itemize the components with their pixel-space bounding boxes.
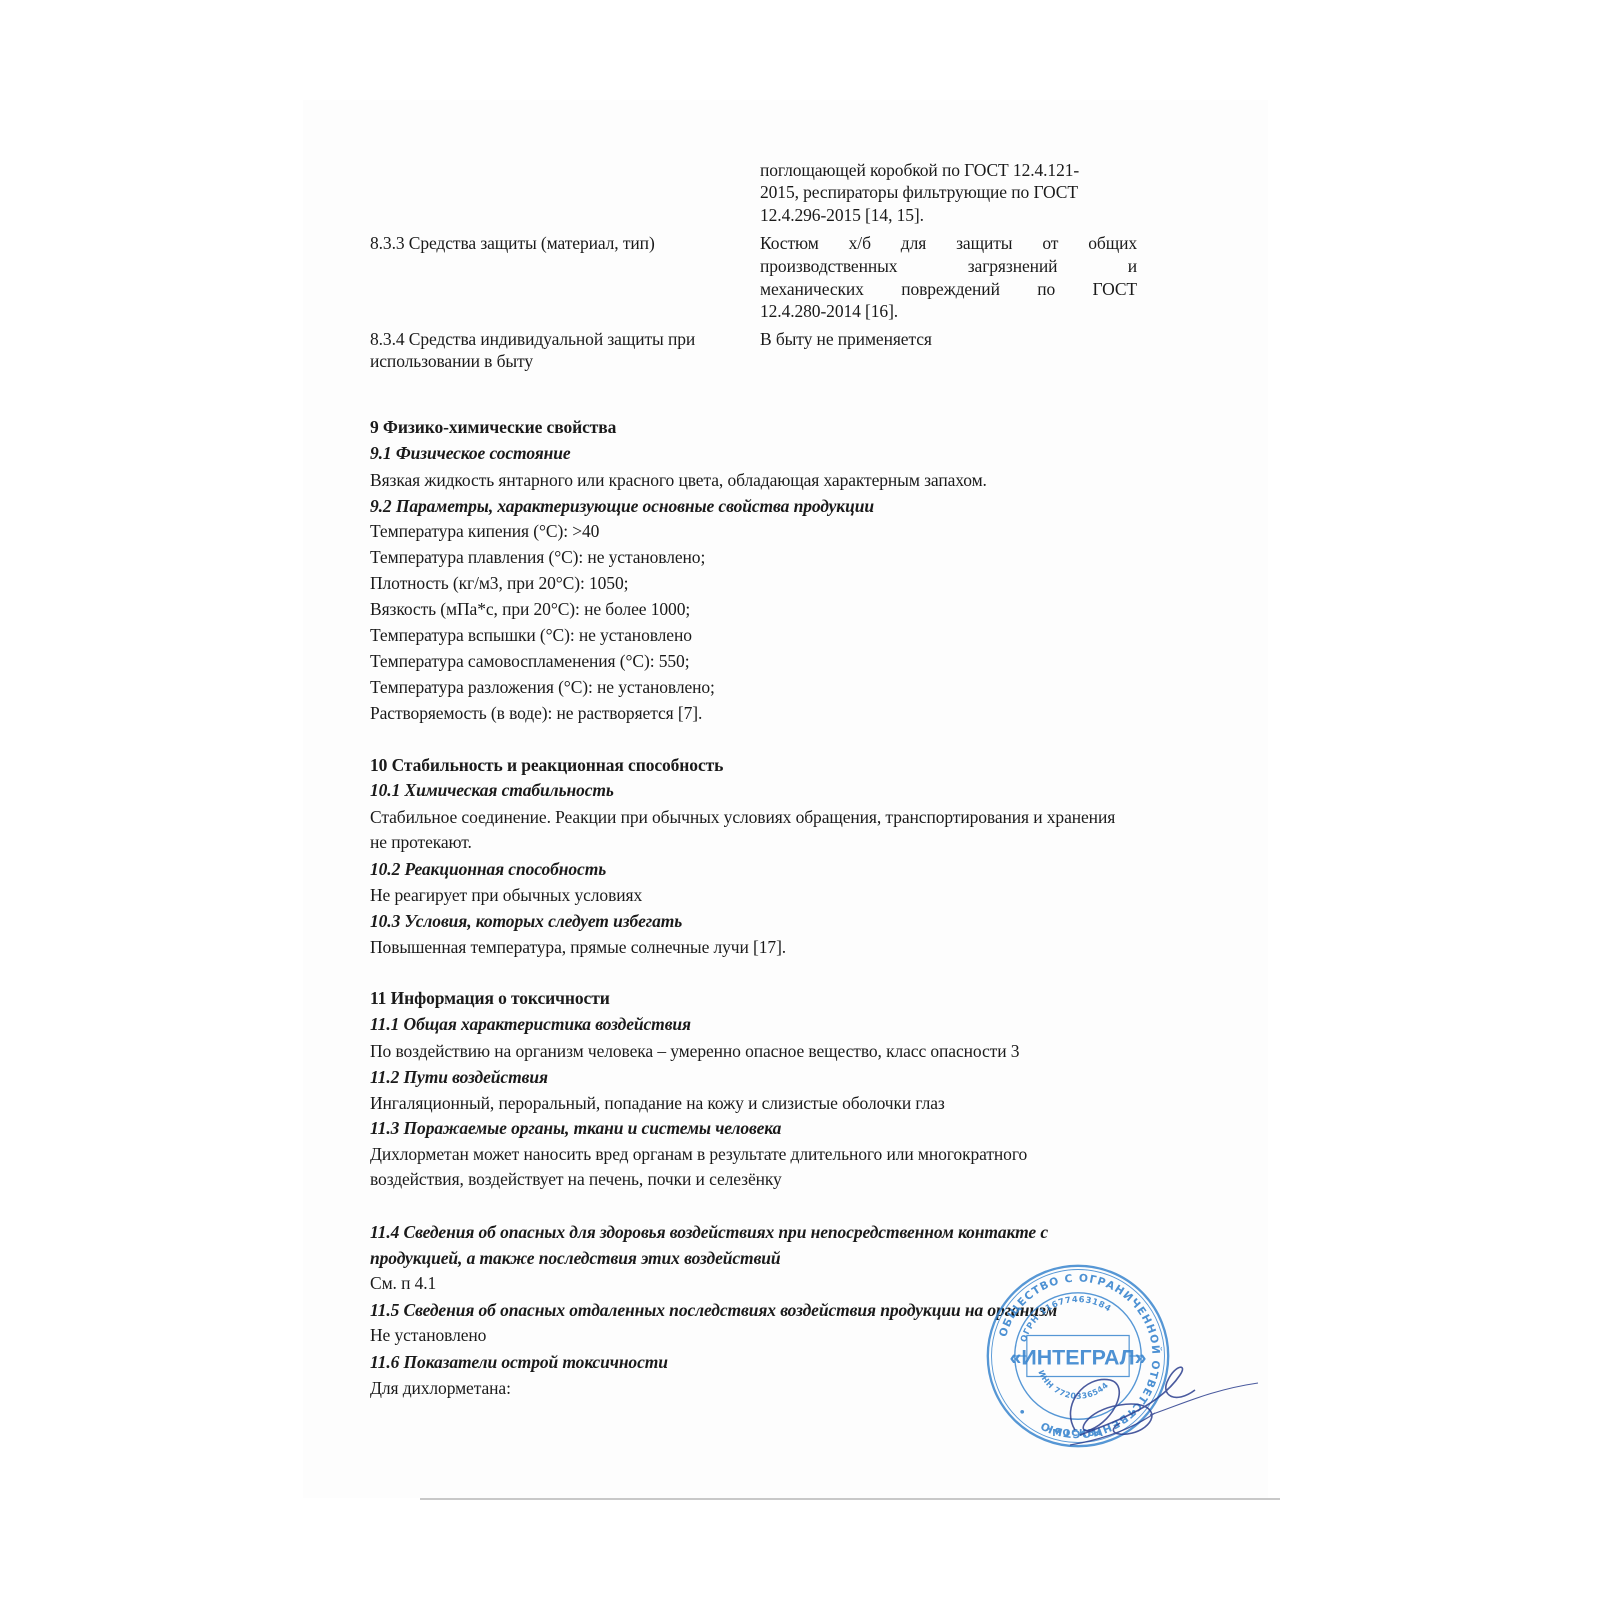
- param-line: Температура вспышки (°С): не установлено: [370, 624, 692, 646]
- word: Костюм: [760, 232, 819, 254]
- page-bottom-edge: [420, 1498, 1280, 1500]
- subsection-10-1-heading: 10.1 Химическая стабильность: [370, 779, 614, 801]
- param-line: Температура разложения (°С): не установл…: [370, 676, 715, 698]
- param-line: Температура плавления (°С): не установле…: [370, 546, 705, 568]
- subsection-11-4-text: См. п 4.1: [370, 1272, 436, 1294]
- signature: [1030, 1335, 1260, 1455]
- word: по: [1037, 278, 1055, 300]
- word: для: [901, 232, 926, 254]
- subsection-10-3-heading: 10.3 Условия, которых следует избегать: [370, 910, 682, 932]
- subsection-11-1-text: По воздействию на организм человека – ум…: [370, 1040, 1019, 1062]
- subsection-11-1-heading: 11.1 Общая характеристика воздействия: [370, 1013, 691, 1035]
- subsection-10-1-text: Стабильное соединение. Реакции при обычн…: [370, 806, 1115, 828]
- subsection-11-3-text: воздействия, воздействует на печень, поч…: [370, 1168, 782, 1190]
- row-8-3-3-value-line: 12.4.280-2014 [16].: [760, 300, 1137, 322]
- row-8-3-4-label: использовании в быту: [370, 350, 533, 372]
- row-8-3-3-value-line: механических повреждений по ГОСТ: [760, 278, 1137, 300]
- subsection-9-2-heading: 9.2 Параметры, характеризующие основные …: [370, 495, 874, 517]
- row-8-3-4-label: 8.3.4 Средства индивидуальной защиты при: [370, 328, 695, 350]
- row-8-3-4-value: В быту не применяется: [760, 328, 1137, 350]
- param-line: Температура самовоспламенения (°С): 550;: [370, 650, 689, 672]
- row-continuation-line: 2015, респираторы фильтрующие по ГОСТ: [760, 181, 1137, 203]
- subsection-11-6-heading: 11.6 Показатели острой токсичности: [370, 1351, 668, 1373]
- subsection-10-2-heading: 10.2 Реакционная способность: [370, 858, 606, 880]
- subsection-9-1-heading: 9.1 Физическое состояние: [370, 442, 571, 464]
- subsection-11-5-heading: 11.5 Сведения об опасных отдаленных посл…: [370, 1299, 1057, 1321]
- subsection-11-5-text: Не установлено: [370, 1324, 486, 1346]
- row-continuation-line: поглощающей коробкой по ГОСТ 12.4.121-: [760, 159, 1137, 181]
- word: производственных: [760, 255, 897, 277]
- subsection-11-6-text: Для дихлорметана:: [370, 1377, 511, 1399]
- word: повреждений: [901, 278, 1000, 300]
- word: защиты: [956, 232, 1012, 254]
- subsection-10-1-text: не протекают.: [370, 831, 472, 853]
- row-8-3-3-label: 8.3.3 Средства защиты (материал, тип): [370, 232, 655, 254]
- word: от: [1042, 232, 1058, 254]
- row-8-3-3-value-line: Костюм х/б для защиты от общих: [760, 232, 1137, 254]
- subsection-11-3-text: Дихлорметан может наносить вред органам …: [370, 1143, 1027, 1165]
- word: общих: [1088, 232, 1137, 254]
- subsection-11-4-heading: 11.4 Сведения об опасных для здоровья во…: [370, 1221, 1048, 1243]
- subsection-10-3-text: Повышенная температура, прямые солнечные…: [370, 936, 786, 958]
- subsection-11-2-heading: 11.2 Пути воздействия: [370, 1066, 548, 1088]
- subsection-11-3-heading: 11.3 Поражаемые органы, ткани и системы …: [370, 1117, 781, 1139]
- section-9-heading: 9 Физико-химические свойства: [370, 416, 616, 438]
- row-8-3-3-value-line: производственных загрязнений и: [760, 255, 1137, 277]
- word: ГОСТ: [1092, 278, 1137, 300]
- section-10-heading: 10 Стабильность и реакционная способност…: [370, 754, 723, 776]
- param-line: Вязкость (мПа*с, при 20°С): не более 100…: [370, 598, 690, 620]
- param-line: Температура кипения (°С): >40: [370, 520, 599, 542]
- param-line: Плотность (кг/м3, при 20°С): 1050;: [370, 572, 628, 594]
- word: загрязнений: [968, 255, 1058, 277]
- word: и: [1128, 255, 1137, 277]
- subsection-10-2-text: Не реагирует при обычных условиях: [370, 884, 642, 906]
- word: х/б: [849, 232, 871, 254]
- section-11-heading: 11 Информация о токсичности: [370, 987, 610, 1009]
- param-line: Растворяемость (в воде): не растворяется…: [370, 702, 702, 724]
- subsection-11-4-heading: продукцией, а также последствия этих воз…: [370, 1247, 781, 1269]
- word: механических: [760, 278, 864, 300]
- subsection-9-1-text: Вязкая жидкость янтарного или красного ц…: [370, 469, 987, 491]
- subsection-11-2-text: Ингаляционный, пероральный, попадание на…: [370, 1092, 945, 1114]
- row-continuation-line: 12.4.296-2015 [14, 15].: [760, 204, 1137, 226]
